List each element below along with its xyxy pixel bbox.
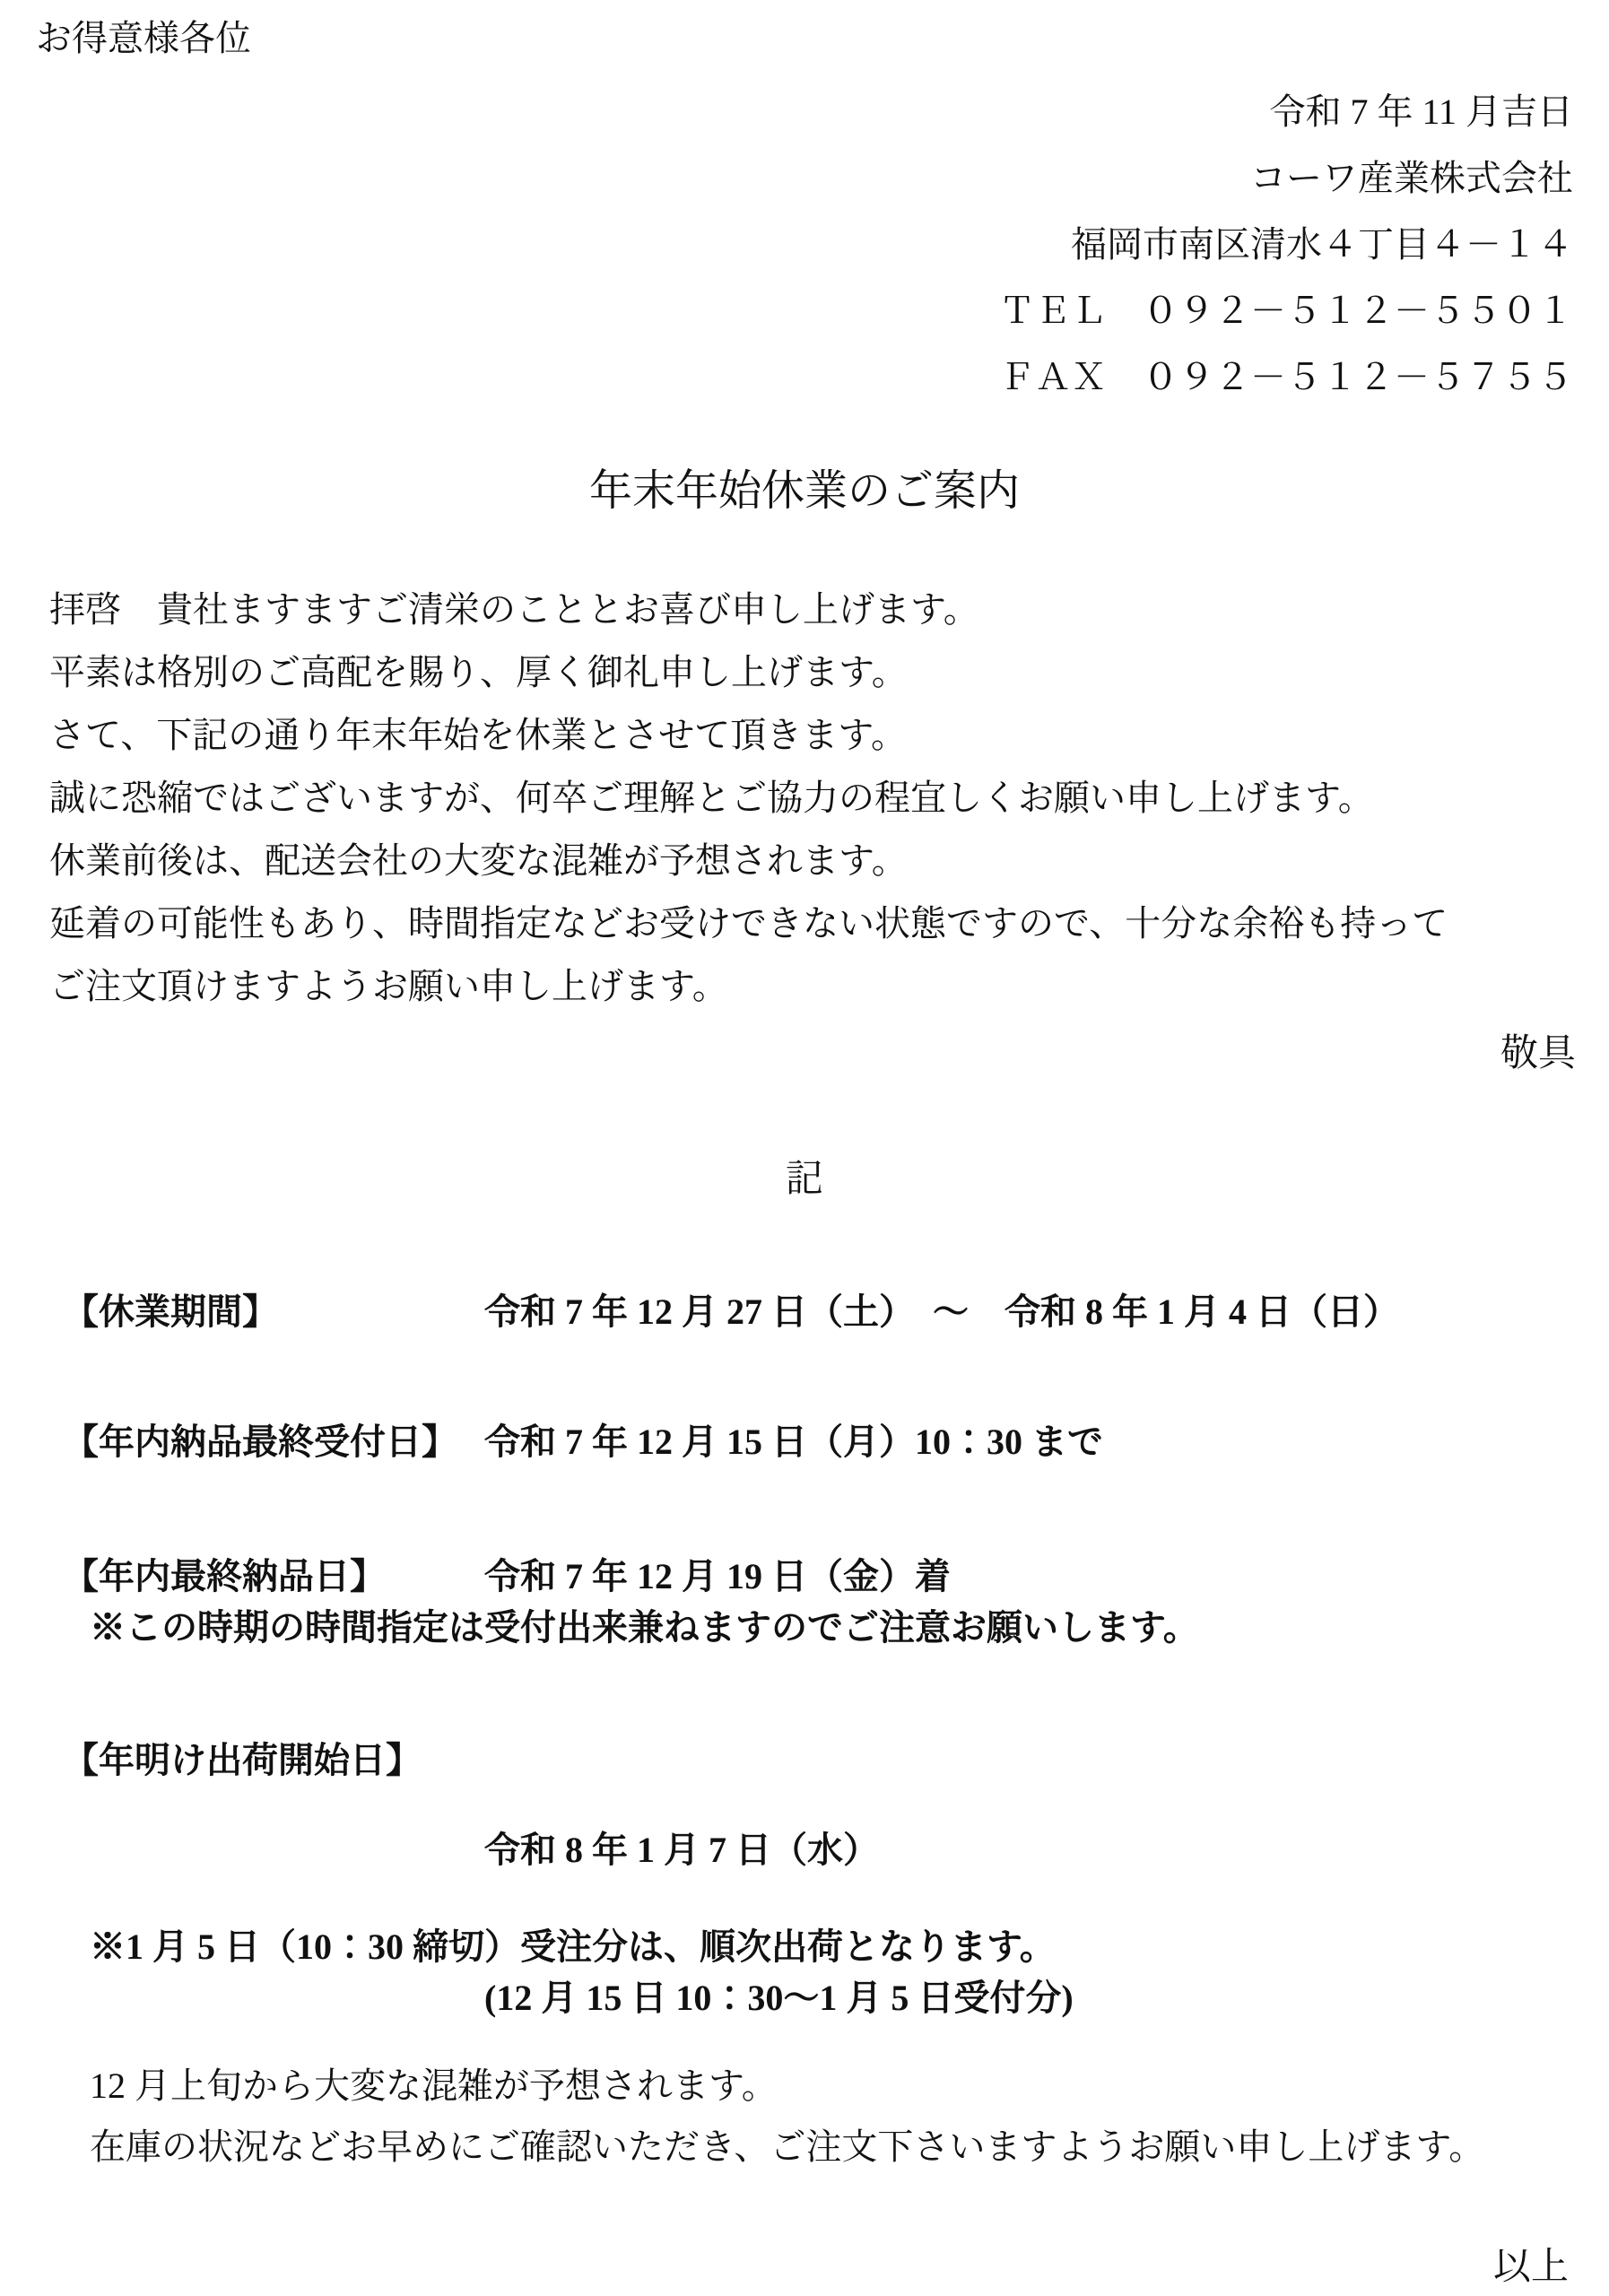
notice-line: ※1 月 5 日（10：30 締切）受注分は、順次出荷となります。 [90, 1925, 1056, 1970]
footer-line: 在庫の状況などお早めにご確認いただき、ご注文下さいますようお願い申し上げます。 [90, 2117, 1484, 2178]
footer-line: 12 月上旬から大変な混雑が予想されます。 [90, 2056, 1484, 2117]
schedule-label: 【休業期間】 [63, 1290, 484, 1335]
document-title: 年末年始休業のご案内 [0, 465, 1609, 518]
schedule-value: 令和 7 年 12 月 27 日（土） ～ 令和 8 年 1 月 4 日（日） [484, 1290, 1399, 1335]
body-line: ご注文頂けますようお願い申し上げます。 [49, 955, 1448, 1018]
body-line: 誠に恐縮ではございますが、何卒ご理解とご協力の程宜しくお願い申し上げます。 [49, 767, 1448, 830]
schedule-value: 令和 7 年 12 月 15 日（月）10：30 まで [484, 1420, 1103, 1465]
record-marker: 記 [0, 1152, 1609, 1206]
body-paragraphs: 拝啓 貴社ますますご清栄のこととお喜び申し上げます。 平素は格別のご高配を賜り、… [49, 578, 1448, 1018]
schedule-label: 【年内最終納品日】 [63, 1554, 484, 1599]
schedule-note: ※この時期の時間指定は受付出来兼ねますのでご注意お願いします。 [90, 1605, 1199, 1650]
body-line: 延着の可能性もあり、時間指定などお受けできない状態ですので、十分な余裕も持って [49, 892, 1448, 955]
end-marker: 以上 [1493, 2240, 1569, 2294]
recipient-line: お得意様各位 [36, 16, 251, 61]
body-line: 平素は格別のご高配を賜り、厚く御礼申し上げます。 [49, 641, 1448, 704]
letter-page: お得意様各位 令和 7 年 11 月吉日 コーワ産業株式会社 福岡市南区清水４丁… [0, 0, 1609, 2296]
sender-fax: ＦＡＸ ０９２－５１２－５７５５ [999, 344, 1573, 411]
schedule-label: 【年明け出荷開始日】 [63, 1738, 484, 1783]
schedule-label: 【年内納品最終受付日】 [63, 1420, 484, 1465]
sender-company: コーワ産業株式会社 [999, 145, 1573, 212]
body-line: さて、下記の通り年末年始を休業とさせて頂きます。 [49, 704, 1448, 767]
schedule-row-holiday-period: 【休業期間】 令和 7 年 12 月 27 日（土） ～ 令和 8 年 1 月 … [63, 1290, 1399, 1335]
footer-paragraphs: 12 月上旬から大変な混雑が予想されます。 在庫の状況などお早めにご確認いただき… [90, 2056, 1484, 2178]
schedule-value: 令和 8 年 1 月 7 日（水） [484, 1828, 1074, 1873]
schedule-value: 令和 7 年 12 月 19 日（金）着 [484, 1554, 951, 1599]
schedule-value-sub: (12 月 15 日 10：30～1 月 5 日受付分) [484, 1976, 1074, 2021]
sender-tel: ＴＥＬ ０９２－５１２－５５０１ [999, 278, 1573, 344]
sender-block: 令和 7 年 11 月吉日 コーワ産業株式会社 福岡市南区清水４丁目４－１４ Ｔ… [999, 79, 1573, 411]
schedule-row-last-delivery: 【年内最終納品日】 令和 7 年 12 月 19 日（金）着 [63, 1554, 951, 1599]
sender-address: 福岡市南区清水４丁目４－１４ [999, 212, 1573, 278]
sender-date: 令和 7 年 11 月吉日 [999, 79, 1573, 145]
schedule-row-last-order: 【年内納品最終受付日】 令和 7 年 12 月 15 日（月）10：30 まで [63, 1420, 1103, 1465]
body-line: 休業前後は、配送会社の大変な混雑が予想されます。 [49, 830, 1448, 892]
body-line: 拝啓 貴社ますますご清栄のこととお喜び申し上げます。 [49, 578, 1448, 641]
closing-word: 敬具 [1500, 1031, 1576, 1076]
